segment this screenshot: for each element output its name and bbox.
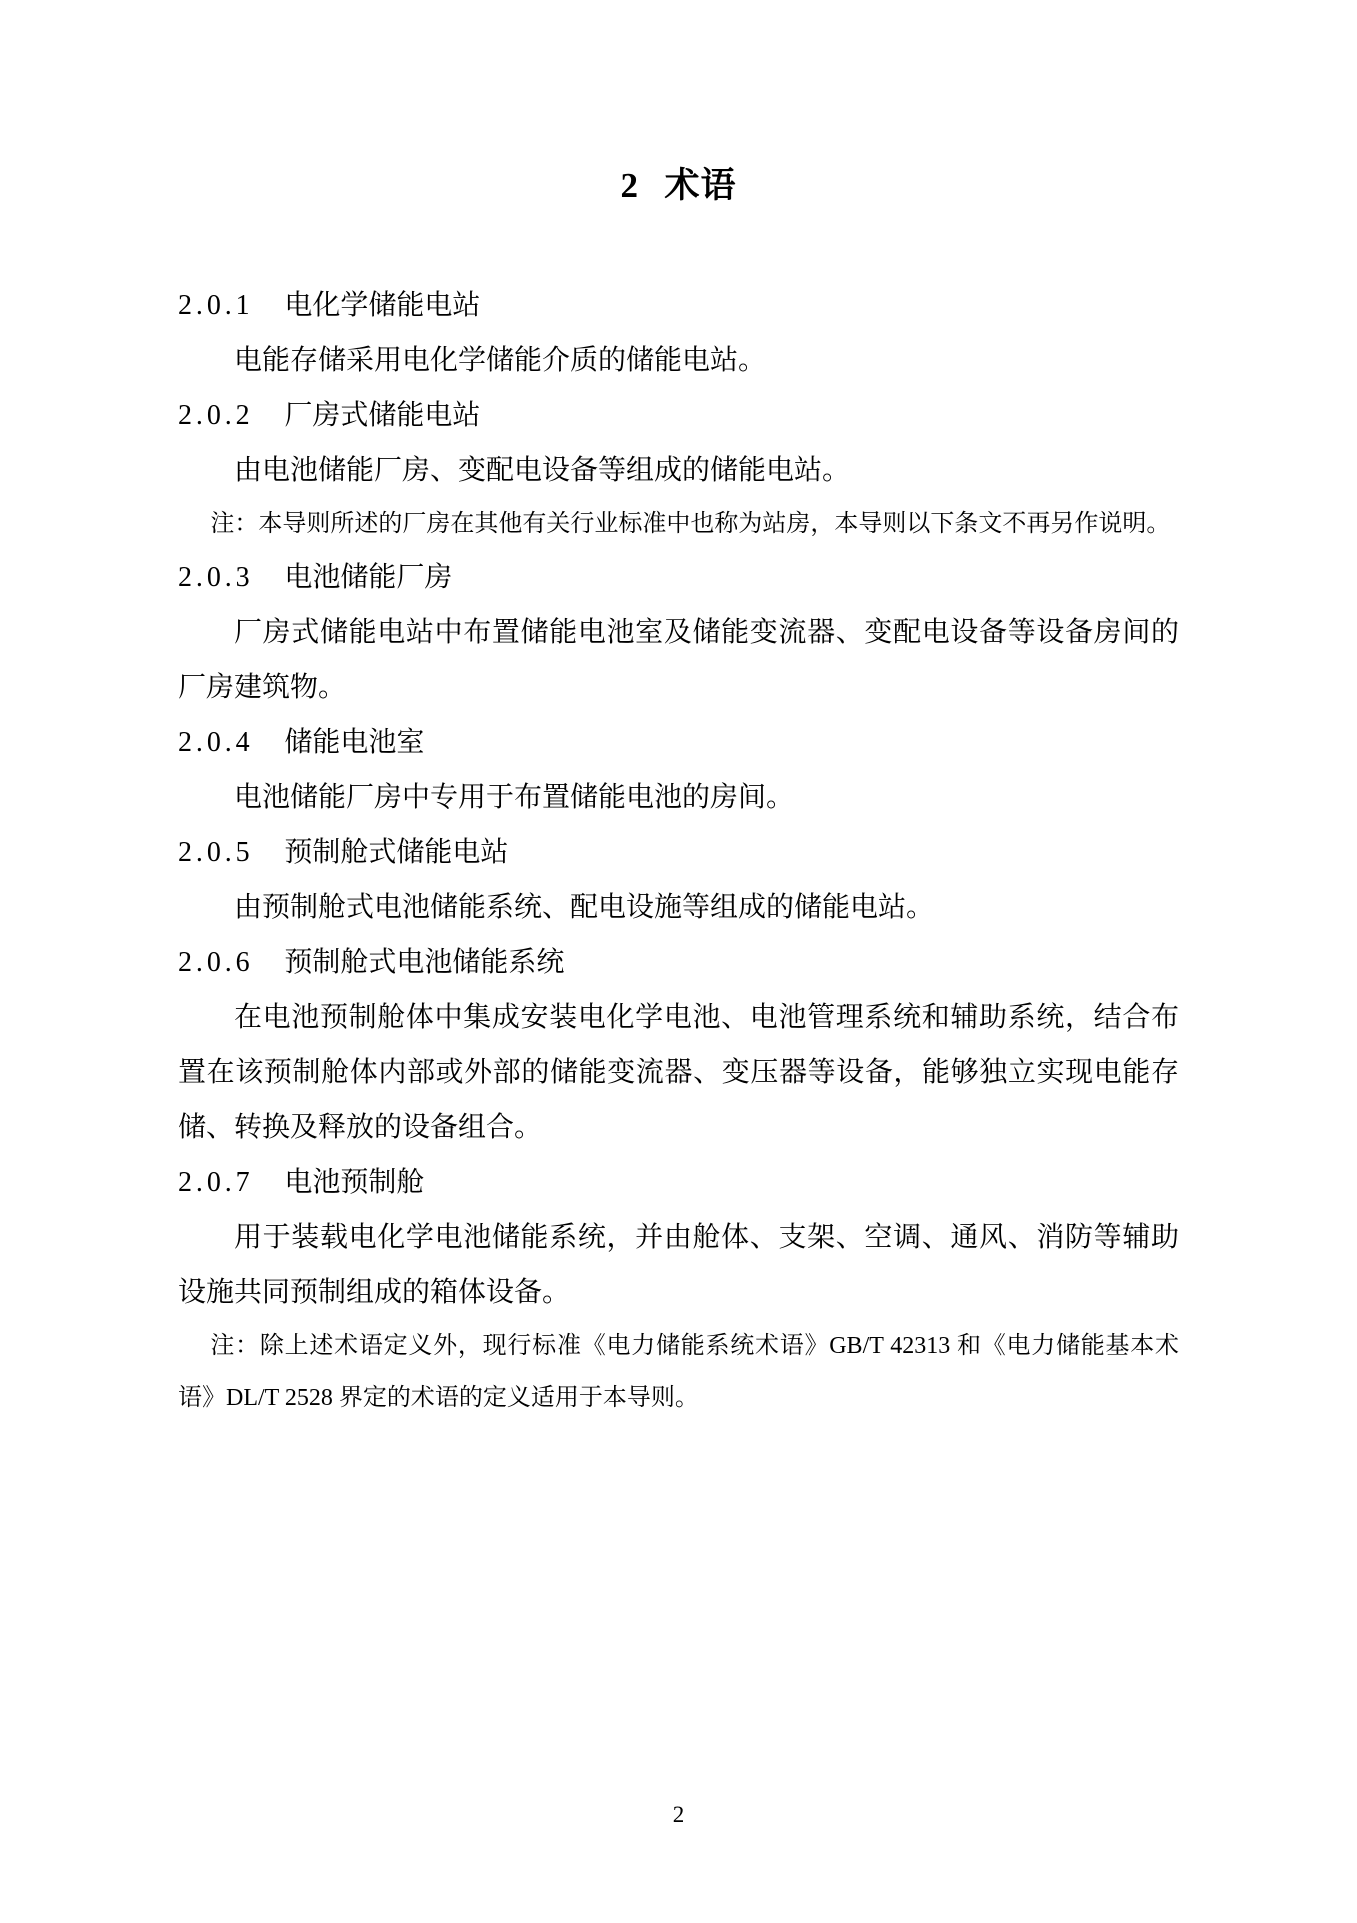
- term-section-2-0-7: 2.0.7电池预制舱 用于装载电化学电池储能系统，并由舱体、支架、空调、通风、消…: [178, 1155, 1179, 1424]
- term-heading: 2.0.2厂房式储能电站: [178, 388, 1179, 443]
- term-name: 预制舱式储能电站: [284, 837, 508, 868]
- term-definition: 由电池储能厂房、变配电设备等组成的储能电站。: [178, 443, 1179, 498]
- term-name: 电化学储能电站: [284, 290, 480, 321]
- term-heading: 2.0.7电池预制舱: [178, 1155, 1179, 1210]
- term-number: 2.0.1: [178, 290, 254, 321]
- term-heading: 2.0.1电化学储能电站: [178, 278, 1179, 333]
- term-section-2-0-3: 2.0.3电池储能厂房 厂房式储能电站中布置储能电池室及储能变流器、变配电设备等…: [178, 550, 1179, 715]
- term-name: 电池预制舱: [284, 1167, 424, 1198]
- term-name: 厂房式储能电站: [284, 400, 480, 431]
- term-definition: 用于装载电化学电池储能系统，并由舱体、支架、空调、通风、消防等辅助设施共同预制组…: [178, 1210, 1179, 1320]
- term-section-2-0-5: 2.0.5预制舱式储能电站 由预制舱式电池储能系统、配电设施等组成的储能电站。: [178, 825, 1179, 935]
- term-definition: 在电池预制舱体中集成安装电化学电池、电池管理系统和辅助系统，结合布置在该预制舱体…: [178, 990, 1179, 1155]
- term-number: 2.0.6: [178, 947, 254, 978]
- term-number: 2.0.5: [178, 837, 254, 868]
- term-note: 注：除上述术语定义外，现行标准《电力储能系统术语》GB/T 42313 和《电力…: [178, 1320, 1179, 1424]
- term-heading: 2.0.6预制舱式电池储能系统: [178, 935, 1179, 990]
- term-name: 电池储能厂房: [284, 562, 452, 593]
- term-name: 预制舱式电池储能系统: [284, 947, 564, 978]
- term-section-2-0-6: 2.0.6预制舱式电池储能系统 在电池预制舱体中集成安装电化学电池、电池管理系统…: [178, 935, 1179, 1155]
- page-number: 2: [0, 1799, 1357, 1831]
- term-section-2-0-2: 2.0.2厂房式储能电站 由电池储能厂房、变配电设备等组成的储能电站。 注：本导…: [178, 388, 1179, 550]
- terms-content: 2.0.1电化学储能电站 电能存储采用电化学储能介质的储能电站。 2.0.2厂房…: [178, 278, 1179, 1424]
- term-definition: 厂房式储能电站中布置储能电池室及储能变流器、变配电设备等设备房间的厂房建筑物。: [178, 605, 1179, 715]
- term-heading: 2.0.4储能电池室: [178, 715, 1179, 770]
- term-number: 2.0.2: [178, 400, 254, 431]
- term-number: 2.0.4: [178, 727, 254, 758]
- term-note: 注：本导则所述的厂房在其他有关行业标准中也称为站房，本导则以下条文不再另作说明。: [178, 498, 1179, 550]
- chapter-title: 2 术语: [0, 0, 1357, 209]
- term-definition: 由预制舱式电池储能系统、配电设施等组成的储能电站。: [178, 880, 1179, 935]
- term-number: 2.0.7: [178, 1167, 254, 1198]
- term-section-2-0-1: 2.0.1电化学储能电站 电能存储采用电化学储能介质的储能电站。: [178, 278, 1179, 388]
- term-heading: 2.0.5预制舱式储能电站: [178, 825, 1179, 880]
- term-section-2-0-4: 2.0.4储能电池室 电池储能厂房中专用于布置储能电池的房间。: [178, 715, 1179, 825]
- term-name: 储能电池室: [284, 727, 424, 758]
- term-number: 2.0.3: [178, 562, 254, 593]
- document-page: 2 术语 2.0.1电化学储能电站 电能存储采用电化学储能介质的储能电站。 2.…: [0, 0, 1357, 1923]
- term-heading: 2.0.3电池储能厂房: [178, 550, 1179, 605]
- term-definition: 电能存储采用电化学储能介质的储能电站。: [178, 333, 1179, 388]
- term-definition: 电池储能厂房中专用于布置储能电池的房间。: [178, 770, 1179, 825]
